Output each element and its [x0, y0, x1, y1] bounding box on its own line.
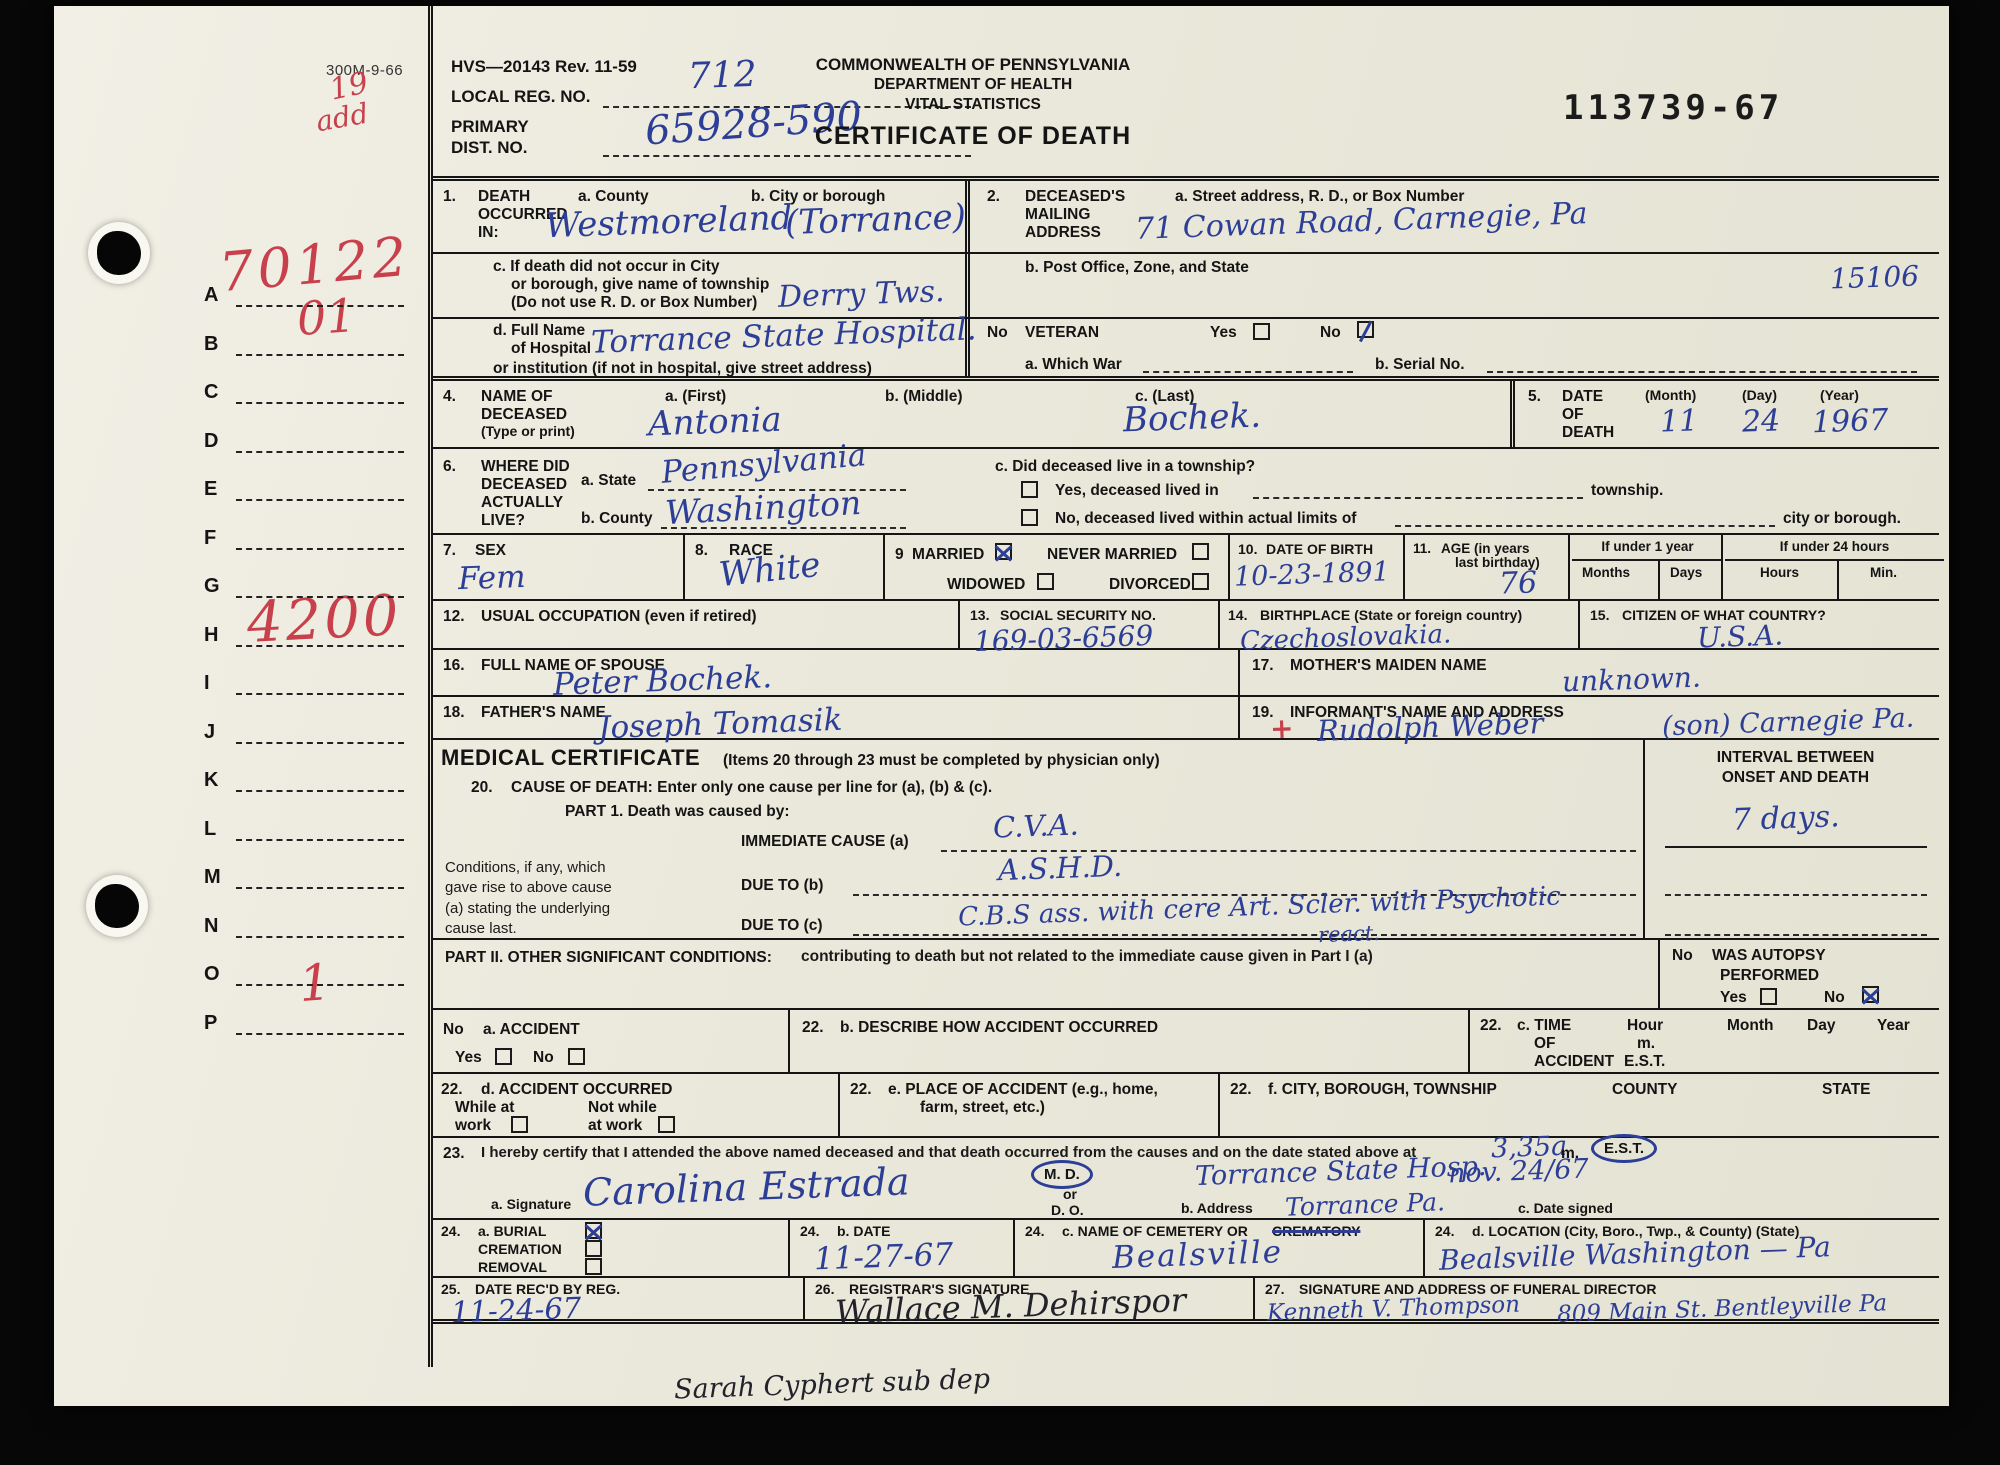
cause-b-value: A.S.H.D.	[998, 852, 1123, 885]
row-12-15: 12. USUAL OCCUPATION (even if retired) 1…	[433, 601, 1939, 650]
field-15-citizen: 15. CITIZEN OF WHAT COUNTRY? U.S.A.	[1582, 601, 1939, 648]
field-label: DEATH	[1562, 423, 1614, 442]
field-number: 22.	[441, 1080, 463, 1099]
row-part2-21: PART II. OTHER SIGNIFICANT CONDITIONS: c…	[433, 940, 1939, 1010]
field-number: 9	[895, 545, 904, 564]
field-number: 27.	[1265, 1281, 1284, 1299]
primary-label-2: DIST. NO.	[451, 137, 528, 158]
day-label: Day	[1807, 1016, 1835, 1035]
field-8-race: 8. RACE White	[687, 535, 885, 599]
field-number: 12.	[443, 607, 465, 626]
field-2b-post-office: b. Post Office, Zone, and State 15106	[975, 254, 1939, 317]
index-letter: I	[204, 672, 210, 695]
field-label: DEATH	[478, 187, 530, 206]
field-22e-place: 22. e. PLACE OF ACCIDENT (e.g., home, fa…	[842, 1074, 1220, 1136]
serial-no-label: b. Serial No.	[1375, 355, 1465, 374]
row-1c-2b: c. If death did not occur in City or bor…	[433, 254, 1939, 319]
index-rule	[236, 887, 404, 889]
field-13-ssn: 13. SOCIAL SECURITY NO. 169-03-6569	[962, 601, 1220, 648]
divider	[1837, 559, 1839, 599]
cause-of-death-area: MEDICAL CERTIFICATE (Items 20 through 23…	[433, 740, 1645, 938]
accident-occurred-label: d. ACCIDENT OCCURRED	[481, 1080, 672, 1099]
form-code: HVS—20143 Rev. 11-59	[451, 56, 637, 77]
informant-address-value: (son) Carnegie Pa.	[1662, 705, 1915, 741]
field-label: DECEASED	[481, 475, 567, 494]
medical-certificate-subtitle: (Items 20 through 23 must be completed b…	[723, 751, 1160, 770]
divorced-label: DIVORCED	[1109, 575, 1191, 594]
interval-column: INTERVAL BETWEEN ONSET AND DEATH 7 days.	[1647, 740, 1939, 938]
county-residence-value: Washington	[664, 486, 862, 529]
row-6-residence: 6. WHERE DID DECEASED ACTUALLY LIVE? a. …	[433, 449, 1939, 535]
field-number: 22.	[802, 1018, 824, 1037]
township-value: Derry Tws.	[778, 277, 945, 313]
field-number: 14.	[1228, 607, 1247, 625]
township-no-checkbox	[1021, 509, 1038, 526]
field-number: 20.	[471, 778, 493, 797]
row-18-19: 18. FATHER'S NAME Joseph Tomasik 19. INF…	[433, 697, 1939, 740]
local-reg-label: LOCAL REG. NO.	[451, 86, 590, 107]
field-27-funeral-director: 27. SIGNATURE AND ADDRESS OF FUNERAL DIR…	[1257, 1278, 1939, 1319]
field-label: DECEASED'S	[1025, 187, 1125, 206]
index-rule	[236, 742, 404, 744]
field-number: 18.	[443, 703, 465, 722]
field-number: 1.	[443, 187, 456, 206]
accident-no-checkbox	[568, 1048, 585, 1065]
index-letter: M	[204, 866, 221, 889]
due-to-c-label: DUE TO (c)	[741, 916, 823, 935]
red-entry-b: 01	[295, 292, 357, 342]
township-suffix: township.	[1591, 481, 1663, 500]
days-label: Days	[1670, 565, 1702, 582]
serial-no-rule	[1487, 371, 1917, 373]
field-label: MAILING	[1025, 205, 1090, 224]
row-24-disposition: 24. a. BURIAL CREMATION REMOVAL 24. b. D…	[433, 1220, 1939, 1278]
field-22d-occurred: 22. d. ACCIDENT OCCURRED While at work N…	[433, 1074, 840, 1136]
field-22f-city: 22. f. CITY, BOROUGH, TOWNSHIP COUNTY ST…	[1222, 1074, 1939, 1136]
while-at-label: While at	[455, 1098, 514, 1117]
never-married-checkbox	[1192, 543, 1209, 560]
field-18-father: 18. FATHER'S NAME Joseph Tomasik	[433, 697, 1240, 738]
index-letter: K	[204, 769, 218, 792]
describe-accident-label: b. DESCRIBE HOW ACCIDENT OCCURRED	[840, 1018, 1158, 1037]
part2-label: PART II. OTHER SIGNIFICANT CONDITIONS:	[445, 948, 772, 967]
divider	[1725, 559, 1944, 561]
row-16-17: 16. FULL NAME OF SPOUSE Peter Bochek. 17…	[433, 650, 1939, 697]
index-letter: E	[204, 478, 217, 501]
veteran-no-checkbox-checked	[1357, 321, 1374, 338]
index-rule	[236, 354, 404, 356]
divider	[1572, 559, 1723, 561]
physician-address: Torrance Pa.	[1285, 1189, 1446, 1220]
field-17-mother: 17. MOTHER'S MAIDEN NAME unknown.	[1242, 650, 1939, 695]
accident-no-label: No	[533, 1048, 554, 1067]
field-number: 5.	[1528, 387, 1541, 406]
index-rule	[236, 596, 404, 598]
scanned-death-certificate: { "stamp": "113739-67", "margin": { "pri…	[0, 0, 2000, 1465]
funeral-director-name: Kenneth V. Thompson	[1267, 1294, 1521, 1326]
accident-yes-checkbox	[495, 1048, 512, 1065]
field-2-mailing-address: 2. DECEASED'S MAILING ADDRESS a. Street …	[975, 181, 1939, 252]
field-26-registrar: 26. REGISTRAR'S SIGNATURE Wallace M. Deh…	[807, 1278, 1255, 1319]
field-label: or institution (if not in hospital, give…	[493, 359, 872, 378]
part1-label: PART 1. Death was caused by:	[565, 802, 790, 821]
certificate-form: HVS—20143 Rev. 11-59 LOCAL REG. NO. 712 …	[428, 6, 1939, 1367]
field-1c-township: c. If death did not occur in City or bor…	[433, 254, 970, 317]
not-while-label: Not while	[588, 1098, 657, 1117]
address-label: b. Address	[1181, 1200, 1253, 1218]
veteran-label: VETERAN	[1025, 323, 1099, 342]
field-label: (Do not use R. D. or Box Number)	[511, 293, 757, 312]
do-label: D. O.	[1051, 1202, 1084, 1220]
sex-label: SEX	[475, 541, 506, 560]
year-label: (Year)	[1820, 387, 1859, 405]
accident-yes-label: Yes	[455, 1048, 482, 1067]
field-number: No	[443, 1020, 464, 1039]
index-rule	[236, 499, 404, 501]
field-24d-location: 24. d. LOCATION (City, Boro., Twp., & Co…	[1427, 1220, 1939, 1276]
day-label: (Day)	[1742, 387, 1777, 405]
time-label: ACCIDENT	[1534, 1052, 1614, 1071]
row-7-11: 7. SEX Fem 8. RACE White 9 MARRIED NEVER…	[433, 535, 1939, 601]
field-number: No	[987, 323, 1008, 342]
field-1-death-occurred: 1. DEATH OCCURRED IN: a. County Westmore…	[433, 181, 970, 252]
married-label: MARRIED	[912, 545, 984, 564]
county-col-label: COUNTY	[1612, 1080, 1677, 1099]
field-number: 22.	[1230, 1080, 1252, 1099]
red-note-add: add	[314, 100, 371, 137]
field-22b-describe: 22. b. DESCRIBE HOW ACCIDENT OCCURRED	[792, 1010, 1470, 1072]
removal-checkbox	[585, 1258, 602, 1275]
middle-name-label: b. (Middle)	[885, 387, 963, 406]
date-signed-label: c. Date signed	[1518, 1200, 1613, 1218]
row-22def: 22. d. ACCIDENT OCCURRED While at work N…	[433, 1074, 1939, 1138]
conditions-line: gave rise to above cause	[445, 878, 612, 898]
index-letter: P	[204, 1012, 217, 1035]
which-war-rule	[1143, 371, 1353, 373]
index-rule	[236, 548, 404, 550]
township-yes-label: Yes, deceased lived in	[1055, 481, 1219, 500]
field-number: 24.	[800, 1223, 819, 1241]
field-16-spouse: 16. FULL NAME OF SPOUSE Peter Bochek.	[433, 650, 1240, 695]
index-rule	[236, 790, 404, 792]
burial-checkbox-checked	[585, 1222, 602, 1239]
field-24b-date: 24. b. DATE 11-27-67	[792, 1220, 1015, 1276]
field-14-birthplace: 14. BIRTHPLACE (State or foreign country…	[1222, 601, 1580, 648]
field-number: 13.	[970, 607, 989, 625]
index-letter: O	[204, 963, 220, 986]
conditions-line: (a) stating the underlying	[445, 899, 612, 919]
registrar-deputy-note: Sarah Cyphert sub dep	[674, 1365, 991, 1403]
township-no-label: No, deceased lived within actual limits …	[1055, 509, 1356, 528]
field-label: d. Full Name	[493, 321, 585, 340]
under-24-hours-label: If under 24 hours	[1725, 539, 1944, 556]
hour-label: Hour	[1627, 1016, 1663, 1035]
under-1-year-label: If under 1 year	[1572, 539, 1723, 556]
township-yes-checkbox	[1021, 481, 1038, 498]
field-under-24-hours: If under 24 hours Hours Min.	[1725, 535, 1939, 599]
not-while-at-work-checkbox	[658, 1116, 675, 1133]
field-24c-cemetery: 24. c. NAME OF CEMETERY OR CREMATORY Bea…	[1017, 1220, 1425, 1276]
agency-block: COMMONWEALTH OF PENNSYLVANIA DEPARTMENT …	[803, 54, 1143, 152]
field-label: WHERE DID	[481, 457, 570, 476]
father-value: Joseph Tomasik	[598, 705, 843, 745]
death-day-value: 24	[1741, 406, 1780, 437]
field-22c-time: 22. c. TIME OF ACCIDENT Hour m. E.S.T. M…	[1472, 1010, 1939, 1072]
conditions-line: Conditions, if any, which	[445, 858, 612, 878]
md-circled: M. D.	[1031, 1160, 1093, 1189]
lived-in-township-label: c. Did deceased live in a township?	[995, 457, 1255, 476]
widowed-checkbox	[1037, 573, 1054, 590]
autopsy-yes-checkbox	[1760, 988, 1777, 1005]
medical-certificate-block: MEDICAL CERTIFICATE (Items 20 through 23…	[433, 740, 1939, 940]
vital-statistics: VITAL STATISTICS	[803, 95, 1143, 114]
months-label: Months	[1582, 565, 1630, 582]
or-label: or	[1063, 1186, 1077, 1204]
field-number: 23.	[443, 1144, 465, 1163]
field-number: 15.	[1590, 607, 1609, 625]
hole-punch-top	[88, 222, 150, 284]
field-3-veteran: No VETERAN Yes No a. Which War b. Serial…	[975, 319, 1939, 376]
m-label: m.	[1637, 1034, 1655, 1053]
first-name-value: Antonia	[647, 403, 782, 442]
index-rule	[236, 839, 404, 841]
left-margin: 300M-9-66 19 add 70122 01 4200 1 A B C D…	[54, 6, 428, 1406]
place-of-accident-label: e. PLACE OF ACCIDENT (e.g., home,	[888, 1080, 1158, 1099]
form-header: HVS—20143 Rev. 11-59 LOCAL REG. NO. 712 …	[433, 6, 1939, 181]
city-borough-township-label: f. CITY, BOROUGH, TOWNSHIP	[1268, 1080, 1497, 1099]
which-war-label: a. Which War	[1025, 355, 1122, 374]
part2-conditions: PART II. OTHER SIGNIFICANT CONDITIONS: c…	[433, 940, 1660, 1008]
state-label: a. State	[581, 471, 636, 490]
field-5-date-of-death: 5. DATE OF DEATH (Month) (Day) (Year) 11…	[1520, 381, 1939, 447]
row-25-27: 25. DATE REC'D BY REG. 11-24-67 26. REGI…	[433, 1278, 1939, 1324]
index-letter: A	[204, 284, 218, 307]
interval-rule-a	[1665, 846, 1927, 848]
row-1d-3: d. Full Name of Hospital or institution …	[433, 319, 1939, 381]
field-under-1-year: If under 1 year Months Days	[1572, 535, 1723, 599]
cremation-label: CREMATION	[478, 1241, 562, 1259]
index-rule	[236, 1033, 404, 1035]
field-label: LIVE?	[481, 511, 525, 530]
row-23-certification: 23. I hereby certify that I attended the…	[433, 1138, 1939, 1220]
field-label: OF	[1562, 405, 1584, 424]
row-4-5: 4. NAME OF DECEASED (Type or print) a. (…	[433, 381, 1939, 449]
field-4-name-of-deceased: 4. NAME OF DECEASED (Type or print) a. (…	[433, 381, 1515, 447]
race-value: White	[718, 548, 823, 592]
min-label: Min.	[1870, 565, 1897, 582]
burial-date-label: b. DATE	[837, 1223, 890, 1241]
red-entry-p: 1	[297, 957, 332, 1009]
primary-dist-rule	[603, 155, 971, 157]
field-11-age: 11. AGE (in years last birthday) 76	[1407, 535, 1570, 599]
work-label: work	[455, 1116, 491, 1135]
sex-value: Fem	[457, 562, 526, 595]
conditions-note: Conditions, if any, which gave rise to a…	[445, 858, 612, 939]
field-number: 17.	[1252, 656, 1274, 675]
field-label: (Type or print)	[481, 423, 575, 441]
field-22a-accident: No a. ACCIDENT Yes No	[433, 1010, 790, 1072]
field-number: 22.	[850, 1080, 872, 1099]
accident-label: a. ACCIDENT	[483, 1020, 580, 1039]
index-letter: L	[204, 818, 216, 841]
field-number: 2.	[987, 187, 1000, 206]
citizen-value: U.S.A.	[1697, 622, 1784, 653]
dob-label: DATE OF BIRTH	[1266, 541, 1373, 559]
certificate-number: 113739-67	[1563, 88, 1783, 128]
burial-label: a. BURIAL	[478, 1223, 546, 1241]
state-col-label: STATE	[1822, 1080, 1871, 1099]
burial-date-value: 11-27-67	[814, 1240, 954, 1276]
index-rule	[236, 984, 404, 986]
field-label: c. If death did not occur in City	[493, 257, 719, 276]
township-rule	[1253, 497, 1583, 499]
field-number: 24.	[1435, 1223, 1454, 1241]
field-number: 26.	[815, 1281, 834, 1299]
field-21-autopsy: No WAS AUTOPSY PERFORMED Yes No	[1662, 940, 1939, 1008]
autopsy-yes-label: Yes	[1720, 988, 1747, 1007]
cause-of-death-label: CAUSE OF DEATH: Enter only one cause per…	[511, 778, 992, 797]
at-work-label: at work	[588, 1116, 642, 1135]
month-label: Month	[1727, 1016, 1773, 1035]
index-rule	[236, 936, 404, 938]
date-received-value: 11-24-67	[451, 1294, 582, 1328]
field-number: 24.	[1025, 1223, 1044, 1241]
index-letter: F	[204, 527, 216, 550]
field-label: of Hospital	[511, 339, 591, 358]
spouse-value: Peter Bochek.	[553, 662, 773, 701]
field-label: NAME OF	[481, 387, 552, 406]
divider	[1658, 559, 1660, 599]
cause-a-value: C.V.A.	[993, 811, 1080, 843]
autopsy-label: PERFORMED	[1720, 966, 1819, 985]
field-9-marital-status: 9 MARRIED NEVER MARRIED WIDOWED DIVORCED	[887, 535, 1230, 599]
hole-punch-bottom	[86, 875, 148, 937]
cemetery-label-struck: CREMATORY	[1272, 1223, 1360, 1241]
index-rule	[236, 693, 404, 695]
year-label: Year	[1877, 1016, 1910, 1035]
hospital-value: Torrance State Hospital.	[591, 314, 977, 358]
interval-rule-b	[1665, 894, 1927, 896]
department: DEPARTMENT OF HEALTH	[803, 75, 1143, 94]
hours-label: Hours	[1760, 565, 1799, 582]
field-number: 6.	[443, 457, 456, 476]
certificate-title: CERTIFICATE OF DEATH	[803, 121, 1143, 152]
autopsy-no-label: No	[1824, 988, 1845, 1007]
row-1a-2a: 1. DEATH OCCURRED IN: a. County Westmore…	[433, 181, 1939, 254]
interval-a-value: 7 days.	[1732, 802, 1841, 836]
index-letter: G	[204, 575, 220, 598]
city-rule	[1395, 525, 1775, 527]
index-rule	[236, 451, 404, 453]
occupation-label: USUAL OCCUPATION (even if retired)	[481, 607, 757, 626]
cause-c-rule	[853, 934, 1636, 936]
time-label: c. TIME	[1517, 1016, 1571, 1035]
field-12-occupation: 12. USUAL OCCUPATION (even if retired)	[433, 601, 960, 648]
local-reg-value: 712	[687, 57, 757, 95]
field-number: 11.	[1413, 541, 1431, 558]
index-letter: N	[204, 915, 218, 938]
county-value: Westmoreland	[544, 201, 792, 244]
married-checkbox-checked	[995, 543, 1012, 560]
field-label: DECEASED	[481, 405, 567, 424]
field-label: or borough, give name of township	[511, 275, 769, 294]
date-signed-value: nov. 24/67	[1448, 1156, 1590, 1188]
field-10-date-of-birth: 10. DATE OF BIRTH 10-23-1891	[1232, 535, 1405, 599]
county-residence-label: b. County	[581, 509, 652, 528]
index-letter: B	[204, 333, 218, 356]
field-7-sex: 7. SEX Fem	[433, 535, 685, 599]
interval-label: INTERVAL BETWEEN	[1647, 748, 1944, 767]
while-at-work-checkbox	[511, 1116, 528, 1133]
city-borough-value: (Torrance)	[784, 200, 966, 240]
removal-label: REMOVAL	[478, 1259, 547, 1277]
autopsy-no-checkbox-checked	[1862, 986, 1879, 1003]
divorced-checkbox	[1192, 573, 1209, 590]
veteran-yes-checkbox	[1253, 323, 1270, 340]
est-label: E.S.T.	[1624, 1052, 1665, 1071]
field-25-date-received: 25. DATE REC'D BY REG. 11-24-67	[433, 1278, 805, 1319]
city-borough-suffix: city or borough.	[1783, 509, 1901, 528]
field-number: 8.	[695, 541, 708, 560]
widowed-label: WIDOWED	[947, 575, 1025, 594]
cemetery-value: Bealsville	[1112, 1237, 1284, 1274]
autopsy-label: WAS AUTOPSY	[1712, 946, 1826, 965]
index-rule	[236, 645, 404, 647]
field-label: ACTUALLY	[481, 493, 563, 512]
age-value: 76	[1498, 568, 1537, 599]
time-label: OF	[1534, 1034, 1556, 1053]
row-22abc: No a. ACCIDENT Yes No 22. b. DESCRIBE HO…	[433, 1010, 1939, 1074]
index-letter: C	[204, 381, 218, 404]
never-married-label: NEVER MARRIED	[1047, 545, 1177, 564]
field-19-informant: 19. INFORMANT'S NAME AND ADDRESS + Rudol…	[1242, 697, 1939, 738]
veteran-yes-label: Yes	[1210, 323, 1237, 342]
signature-label: a. Signature	[491, 1196, 571, 1214]
last-name-value: Bochek.	[1122, 399, 1261, 438]
primary-label-1: PRIMARY	[451, 116, 529, 137]
index-rule	[236, 305, 404, 307]
index-letter: D	[204, 430, 218, 453]
veteran-no-label: No	[1320, 323, 1341, 342]
mother-label: MOTHER'S MAIDEN NAME	[1290, 656, 1487, 675]
death-month-value: 11	[1659, 406, 1698, 437]
field-label: DATE	[1562, 387, 1603, 406]
paper: 300M-9-66 19 add 70122 01 4200 1 A B C D…	[54, 6, 1949, 1406]
cremation-checkbox	[585, 1240, 602, 1257]
father-label: FATHER'S NAME	[481, 703, 606, 722]
cause-c-value: C.B.S ass. with cere Art. Scler. with Ps…	[958, 883, 1561, 930]
immediate-cause-label: IMMEDIATE CAUSE (a)	[741, 832, 909, 851]
mother-value: unknown.	[1562, 664, 1702, 697]
est-circled: E.S.T.	[1591, 1134, 1657, 1163]
part2-sublabel: contributing to death but not related to…	[801, 948, 1373, 966]
due-to-b-label: DUE TO (b)	[741, 876, 823, 895]
conditions-line: cause last.	[445, 919, 612, 939]
index-rule	[236, 402, 404, 404]
field-1d-hospital: d. Full Name of Hospital or institution …	[433, 319, 970, 376]
commonwealth: COMMONWEALTH OF PENNSYLVANIA	[803, 54, 1143, 75]
field-number: 7.	[443, 541, 456, 560]
field-number: 10.	[1238, 541, 1257, 559]
field-number: 4.	[443, 387, 456, 406]
field-number: No	[1672, 946, 1693, 965]
field-number: 16.	[443, 656, 465, 675]
death-year-value: 1967	[1811, 406, 1888, 439]
month-label: (Month)	[1645, 387, 1696, 405]
field-label: IN:	[478, 223, 499, 242]
dob-value: 10-23-1891	[1234, 558, 1391, 590]
place-of-accident-label: farm, street, etc.)	[920, 1098, 1045, 1117]
